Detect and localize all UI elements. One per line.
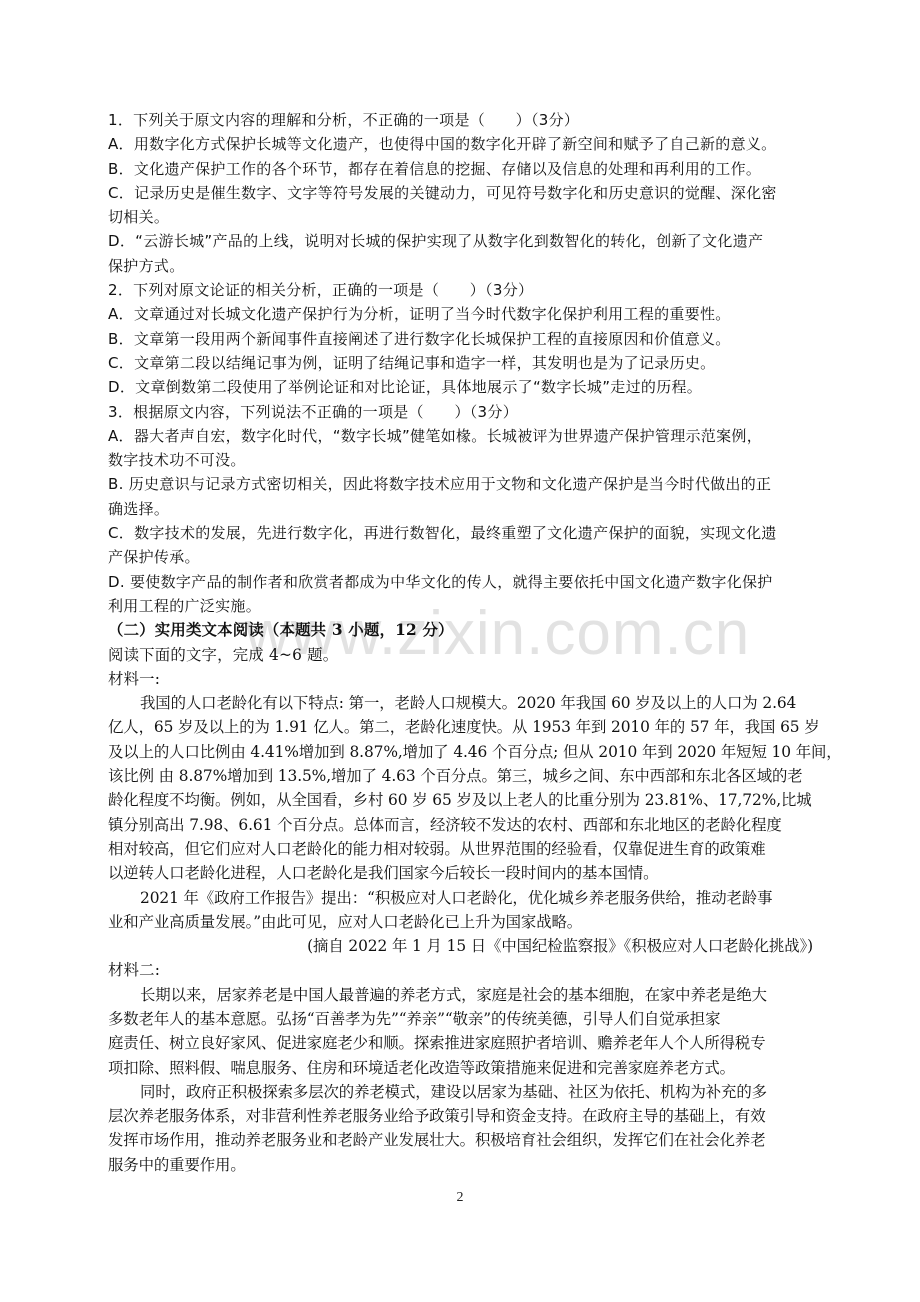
question-stem: 1．下列关于原文内容的理解和分析，不正确的一项是（ ）（3分）	[108, 108, 813, 132]
question-stem: 2．下列对原文论证的相关分析，正确的一项是（ ）（3分）	[108, 278, 813, 302]
paragraph-line: 亿人，65 岁及以上的为 1.91 亿人。第二，老龄化速度快。从 1953 年到…	[108, 715, 813, 739]
page-number: 2	[0, 1190, 920, 1206]
paragraph-line: 业和产业高质量发展。”由此可见，应对人口老龄化已上升为国家战略。	[108, 910, 813, 934]
paragraph-line: 我国的人口老龄化有以下特点: 第一，老龄人口规模大。2020 年我国 60 岁及…	[108, 691, 813, 715]
material-2: 材料二: 长期以来，居家养老是中国人最普遍的养老方式，家庭是社会的基本细胞，在家…	[108, 958, 813, 1177]
option-c: C．文章第二段以结绳记事为例，证明了结绳记事和造字一样，其发明也是为了记录历史。	[108, 351, 813, 375]
paragraph-line: 庭责任、树立良好家风、促进家庭老少和顺。探索推进家庭照护者培训、赡养老年人个人所…	[108, 1031, 813, 1055]
option-c-cont: 产保护传承。	[108, 545, 813, 569]
source-citation: (摘自 2022 年 1 月 15 日《中国纪检监察报》《积极应对人口老龄化挑战…	[108, 934, 813, 958]
section-heading: （二）实用类文本阅读（本题共 3 小题，12 分）	[108, 618, 813, 642]
paragraph-line: 多数老年人的基本意愿。弘扬“百善孝为先”“养亲”“敬亲”的传统美德，引导人们自觉…	[108, 1007, 813, 1031]
option-d: D. 要使数字产品的制作者和欣赏者都成为中华文化的传人，就得主要依托中国文化遗产…	[108, 570, 813, 594]
question-1: 1．下列关于原文内容的理解和分析，不正确的一项是（ ）（3分） A．用数字化方式…	[108, 108, 813, 278]
option-d: D．文章倒数第二段使用了举例论证和对比论证，具体地展示了“数字长城”走过的历程。	[108, 375, 813, 399]
option-c-cont: 切相关。	[108, 205, 813, 229]
paragraph-line: 相对较高，但它们应对人口老龄化的能力相对较弱。从世界范围的经验看，仅靠促进生育的…	[108, 837, 813, 861]
paragraph-line: 及以上的人口比例由 4.41%增加到 8.87%,增加了 4.46 个百分点; …	[108, 740, 813, 764]
section-2: （二）实用类文本阅读（本题共 3 小题，12 分） 阅读下面的文字，完成 4~6…	[108, 618, 813, 1177]
paragraph-line: 长期以来，居家养老是中国人最普遍的养老方式，家庭是社会的基本细胞，在家中养老是绝…	[108, 983, 813, 1007]
option-d-cont: 利用工程的广泛实施。	[108, 594, 813, 618]
option-b-cont: 确选择。	[108, 497, 813, 521]
exam-page: 1．下列关于原文内容的理解和分析，不正确的一项是（ ）（3分） A．用数字化方式…	[108, 108, 813, 1177]
paragraph-line: 龄化程度不均衡。例如，从全国看，乡村 60 岁 65 岁及以上老人的比重分别为 …	[108, 788, 813, 812]
option-b: B．文章第一段用两个新闻事件直接阐述了进行数字化长城保护工程的直接原因和价值意义…	[108, 327, 813, 351]
paragraph-line: 同时，政府正积极探索多层次的养老模式，建设以居家为基础、社区为依托、机构为补充的…	[108, 1080, 813, 1104]
question-stem: 3．根据原文内容，下列说法不正确的一项是（ ）（3分）	[108, 400, 813, 424]
option-a: A．文章通过对长城文化遗产保护行为分析，证明了当今时代数字化保护利用工程的重要性…	[108, 302, 813, 326]
paragraph-line: 项扣除、照料假、喘息服务、住房和环境适老化改造等政策措施来促进和完善家庭养老方式…	[108, 1056, 813, 1080]
option-c: C．数字技术的发展，先进行数字化，再进行数智化，最终重塑了文化遗产保护的面貌，实…	[108, 521, 813, 545]
section-instruction: 阅读下面的文字，完成 4~6 题。	[108, 643, 813, 667]
option-c: C．记录历史是催生数字、文字等符号发展的关键动力，可见符号数字化和历史意识的觉醒…	[108, 181, 813, 205]
paragraph-line: 以逆转人口老龄化进程，人口老龄化是我们国家今后较长一段时间内的基本国情。	[108, 861, 813, 885]
question-2: 2．下列对原文论证的相关分析，正确的一项是（ ）（3分） A．文章通过对长城文化…	[108, 278, 813, 399]
option-b: B．文化遗产保护工作的各个环节，都存在着信息的挖掘、存储以及信息的处理和再利用的…	[108, 157, 813, 181]
option-d-cont: 保护方式。	[108, 254, 813, 278]
material-1: 材料一: 我国的人口老龄化有以下特点: 第一，老龄人口规模大。2020 年我国 …	[108, 667, 813, 959]
paragraph-line: 服务中的重要作用。	[108, 1153, 813, 1177]
material-label: 材料二:	[108, 958, 813, 982]
paragraph-line: 2021 年《政府工作报告》提出：“积极应对人口老龄化，优化城乡养老服务供给，推…	[108, 886, 813, 910]
option-a-cont: 数字技术功不可没。	[108, 448, 813, 472]
paragraph-line: 该比例 由 8.87%增加到 13.5%,增加了 4.63 个百分点。第三，城乡…	[108, 764, 813, 788]
paragraph-line: 镇分别高出 7.98、6.61 个百分点。总体而言，经济较不发达的农村、西部和东…	[108, 813, 813, 837]
option-d: D．“云游长城”产品的上线，说明对长城的保护实现了从数字化到数智化的转化，创新了…	[108, 229, 813, 253]
paragraph-line: 层次养老服务体系，对非营利性养老服务业给予政策引导和资金支持。在政府主导的基础上…	[108, 1104, 813, 1128]
question-3: 3．根据原文内容，下列说法不正确的一项是（ ）（3分） A．器大者声自宏，数字化…	[108, 400, 813, 619]
option-a: A．用数字化方式保护长城等文化遗产，也使得中国的数字化开辟了新空间和赋予了自己新…	[108, 132, 813, 156]
paragraph-line: 发挥市场作用，推动养老服务业和老龄产业发展壮大。积极培育社会组织，发挥它们在社会…	[108, 1128, 813, 1152]
option-b: B. 历史意识与记录方式密切相关，因此将数字技术应用于文物和文化遗产保护是当今时…	[108, 472, 813, 496]
option-a: A．器大者声自宏，数字化时代，“数字长城”健笔如椽。长城被评为世界遗产保护管理示…	[108, 424, 813, 448]
material-label: 材料一:	[108, 667, 813, 691]
